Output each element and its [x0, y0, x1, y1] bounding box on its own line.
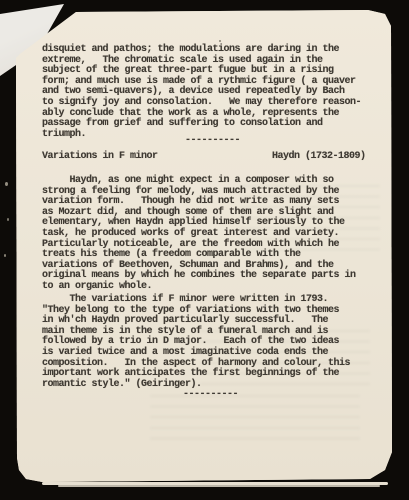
- piece-heading: Variations in F minor Haydn (1732-1809): [16, 152, 392, 164]
- stacked-page-edge: [58, 485, 380, 487]
- section-separator-top: ----------: [185, 136, 240, 147]
- composer-dates: Haydn (1732-1809): [272, 152, 366, 163]
- typed-line: is varied twice and a most imaginative c…: [42, 348, 350, 359]
- paragraph-haydn-variation-form: Haydn, as one might expect in a composer…: [42, 176, 356, 293]
- paragraph-f-minor-variations: The variations if F minor were written i…: [42, 295, 350, 390]
- typed-line: task, he produced works of great interes…: [42, 229, 356, 240]
- binding-remnant: [5, 182, 8, 186]
- typed-line: Haydn, as one might expect in a composer…: [42, 176, 356, 187]
- paper-speck: [219, 40, 221, 42]
- binding-remnant: [4, 254, 6, 257]
- paragraph-chromatic-fantasia-conclusion: disquiet and pathos; the modulations are…: [42, 45, 361, 140]
- section-separator-bottom: ----------: [183, 390, 238, 401]
- typed-line: to an organic whole.: [42, 282, 356, 293]
- typed-line: disquiet and pathos; the modulations are…: [42, 45, 361, 56]
- typed-line: passage from grief and suffering to cons…: [42, 119, 361, 130]
- binding-remnant: [7, 218, 9, 221]
- typed-line: to signify joy and consolation. We may t…: [42, 98, 361, 109]
- photo-background: disquiet and pathos; the modulations are…: [0, 0, 409, 500]
- program-notes-page: disquiet and pathos; the modulations are…: [16, 10, 392, 482]
- typed-line: The variations if F minor were written i…: [42, 295, 350, 306]
- bleed-through-text: [150, 395, 360, 447]
- piece-title: Variations in F minor: [42, 152, 158, 163]
